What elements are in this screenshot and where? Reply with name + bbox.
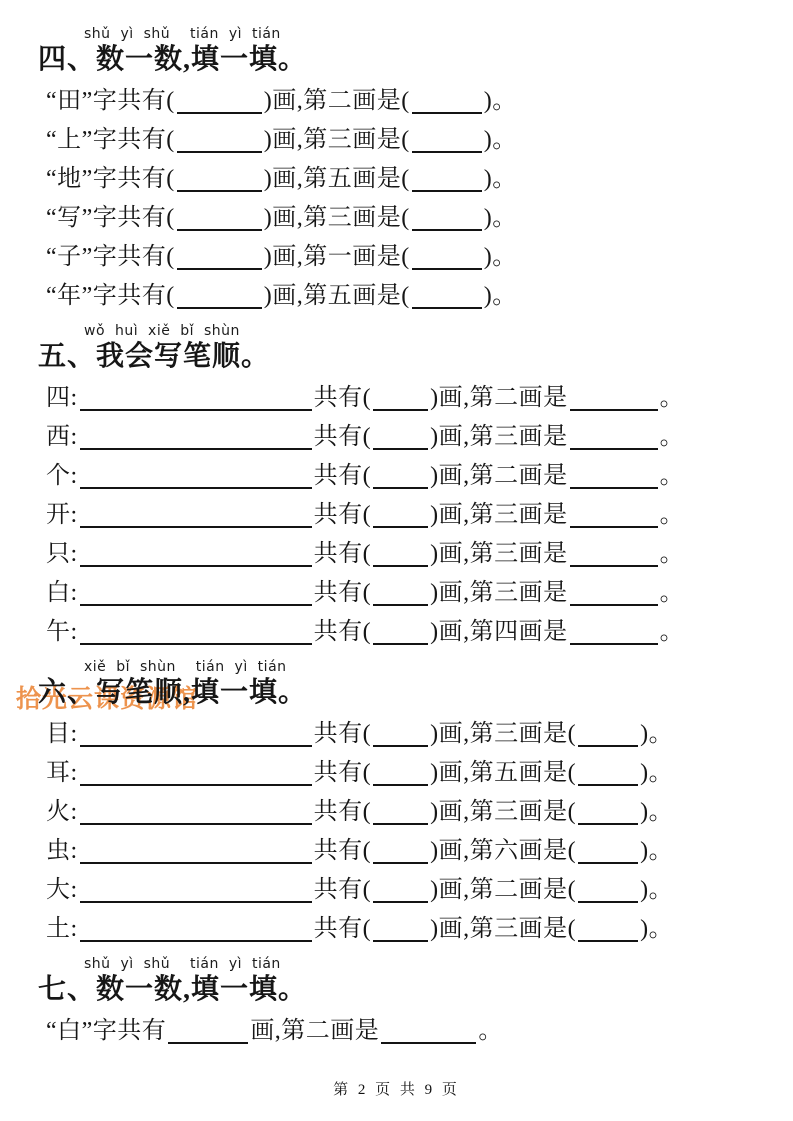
count-fill-row: “上”字共有()画,第三画是()。: [46, 121, 755, 160]
row-text: )画,第三画是(: [430, 799, 576, 825]
stroke-order-row: 个:共有()画,第二画是。: [46, 457, 755, 496]
answer-blank: [578, 760, 638, 786]
row-text: )画,第三画是(: [264, 127, 410, 153]
row-text: 共有(: [314, 838, 372, 864]
row-text: 开:: [46, 502, 78, 528]
answer-blank: [412, 283, 482, 309]
answer-blank: [177, 127, 262, 153]
stroke-order-row: 火:共有()画,第三画是()。: [46, 793, 755, 832]
section-seven: shǔ yì shǔ tián yì tián 七、数一数,填一填。 “白”字共…: [38, 956, 755, 1051]
stroke-order-blank: [80, 760, 312, 786]
stroke-order-blank: [80, 541, 312, 567]
row-text: “地”字共有(: [46, 166, 175, 192]
row-text: )。: [484, 205, 517, 231]
section-four-pinyin: shǔ yì shǔ tián yì tián: [84, 26, 755, 42]
row-text: )画,第五画是(: [264, 166, 410, 192]
stroke-order-blank: [80, 463, 312, 489]
row-text: 共有(: [314, 502, 372, 528]
row-text: “白”字共有: [46, 1018, 166, 1044]
section-four: shǔ yì shǔ tián yì tián 四、数一数,填一填。 “田”字共…: [38, 26, 755, 316]
row-text: )画,第五画是(: [264, 283, 410, 309]
answer-blank: [570, 619, 658, 645]
section-five-title: 五、我会写笔顺。: [38, 340, 755, 374]
row-text: 画,第二画是: [250, 1018, 379, 1044]
answer-blank: [570, 502, 658, 528]
answer-blank: [570, 541, 658, 567]
row-text: 共有(: [314, 877, 372, 903]
answer-blank: [177, 205, 262, 231]
count-fill-row: “年”字共有()画,第五画是()。: [46, 277, 755, 316]
answer-blank: [381, 1018, 476, 1044]
row-text: “上”字共有(: [46, 127, 175, 153]
row-text: 只:: [46, 541, 78, 567]
stroke-order-blank: [80, 916, 312, 942]
count-fill-row: “子”字共有()画,第一画是()。: [46, 238, 755, 277]
stroke-order-blank: [80, 619, 312, 645]
section-six: xiě bǐ shùn tián yì tián 拾光云课资源馆 六、写笔顺,填…: [38, 659, 755, 949]
answer-blank: [578, 916, 638, 942]
answer-blank: [412, 88, 482, 114]
row-text: )画,第四画是: [430, 619, 568, 645]
row-text: 西:: [46, 424, 78, 450]
row-text: 共有(: [314, 580, 372, 606]
row-text: 耳:: [46, 760, 78, 786]
row-text: 。: [660, 580, 685, 606]
answer-blank: [570, 580, 658, 606]
row-text: 土:: [46, 916, 78, 942]
row-text: )。: [484, 127, 517, 153]
answer-blank: [412, 205, 482, 231]
row-text: )画,第二画是: [430, 463, 568, 489]
stroke-order-blank: [80, 580, 312, 606]
answer-blank: [373, 580, 428, 606]
row-text: )画,第五画是(: [430, 760, 576, 786]
row-text: 个:: [46, 463, 78, 489]
stroke-order-blank: [80, 838, 312, 864]
row-text: )画,第三画是: [430, 502, 568, 528]
worksheet-page: shǔ yì shǔ tián yì tián 四、数一数,填一填。 “田”字共…: [0, 0, 793, 1121]
stroke-order-blank: [80, 799, 312, 825]
stroke-order-blank: [80, 721, 312, 747]
row-text: 共有(: [314, 463, 372, 489]
answer-blank: [578, 877, 638, 903]
row-text: 。: [660, 385, 685, 411]
answer-blank: [570, 463, 658, 489]
row-text: )画,第三画是: [430, 580, 568, 606]
row-text: )画,第二画是(: [430, 877, 576, 903]
count-fill-row: “白”字共有画,第二画是。: [46, 1012, 755, 1051]
row-text: )画,第二画是(: [264, 88, 410, 114]
row-text: “田”字共有(: [46, 88, 175, 114]
answer-blank: [412, 244, 482, 270]
row-text: )。: [640, 838, 673, 864]
answer-blank: [373, 502, 428, 528]
row-text: 共有(: [314, 424, 372, 450]
row-text: 共有(: [314, 541, 372, 567]
answer-blank: [373, 541, 428, 567]
row-text: )。: [640, 760, 673, 786]
stroke-order-row: 开:共有()画,第三画是。: [46, 496, 755, 535]
answer-blank: [177, 166, 262, 192]
stroke-order-row: 大:共有()画,第二画是()。: [46, 871, 755, 910]
row-text: )。: [484, 283, 517, 309]
stroke-order-blank: [80, 502, 312, 528]
section-six-rows: 目:共有()画,第三画是()。 耳:共有()画,第五画是()。 火:共有()画,…: [46, 715, 755, 949]
answer-blank: [373, 721, 428, 747]
answer-blank: [570, 424, 658, 450]
stroke-order-row: 白:共有()画,第三画是。: [46, 574, 755, 613]
row-text: )。: [484, 166, 517, 192]
row-text: 共有(: [314, 916, 372, 942]
row-text: 共有(: [314, 799, 372, 825]
stroke-order-row: 四:共有()画,第二画是。: [46, 379, 755, 418]
answer-blank: [570, 385, 658, 411]
stroke-order-row: 目:共有()画,第三画是()。: [46, 715, 755, 754]
row-text: 。: [660, 541, 685, 567]
answer-blank: [373, 760, 428, 786]
count-fill-row: “地”字共有()画,第五画是()。: [46, 160, 755, 199]
stroke-order-row: 耳:共有()画,第五画是()。: [46, 754, 755, 793]
answer-blank: [578, 721, 638, 747]
stroke-order-row: 虫:共有()画,第六画是()。: [46, 832, 755, 871]
answer-blank: [177, 283, 262, 309]
stroke-order-row: 土:共有()画,第三画是()。: [46, 910, 755, 949]
answer-blank: [373, 877, 428, 903]
stroke-order-row: 只:共有()画,第三画是。: [46, 535, 755, 574]
answer-blank: [578, 838, 638, 864]
answer-blank: [373, 799, 428, 825]
row-text: )画,第三画是(: [430, 721, 576, 747]
section-four-title: 四、数一数,填一填。: [38, 43, 755, 77]
answer-blank: [373, 385, 428, 411]
row-text: 共有(: [314, 385, 372, 411]
row-text: )画,第一画是(: [264, 244, 410, 270]
stroke-order-row: 西:共有()画,第三画是。: [46, 418, 755, 457]
stroke-order-blank: [80, 385, 312, 411]
page-number: 第 2 页 共 9 页: [0, 1078, 793, 1099]
row-text: 大:: [46, 877, 78, 903]
answer-blank: [412, 166, 482, 192]
answer-blank: [373, 424, 428, 450]
section-five-pinyin: wǒ huì xiě bǐ shùn: [84, 323, 755, 339]
section-five: wǒ huì xiě bǐ shùn 五、我会写笔顺。 四:共有()画,第二画是…: [38, 323, 755, 652]
answer-blank: [578, 799, 638, 825]
row-text: 目:: [46, 721, 78, 747]
row-text: 午:: [46, 619, 78, 645]
answer-blank: [168, 1018, 248, 1044]
row-text: 。: [660, 424, 685, 450]
row-text: )画,第六画是(: [430, 838, 576, 864]
row-text: “子”字共有(: [46, 244, 175, 270]
row-text: 白:: [46, 580, 78, 606]
section-five-rows: 四:共有()画,第二画是。 西:共有()画,第三画是。 个:共有()画,第二画是…: [46, 379, 755, 652]
row-text: 。: [660, 619, 685, 645]
row-text: )画,第三画是: [430, 541, 568, 567]
row-text: )画,第三画是(: [430, 916, 576, 942]
row-text: 虫:: [46, 838, 78, 864]
row-text: 共有(: [314, 619, 372, 645]
section-seven-pinyin: shǔ yì shǔ tián yì tián: [84, 956, 755, 972]
row-text: )。: [484, 88, 517, 114]
section-six-title-wrap: 拾光云课资源馆 六、写笔顺,填一填。: [38, 676, 755, 710]
row-text: )。: [640, 916, 673, 942]
answer-blank: [412, 127, 482, 153]
section-seven-title: 七、数一数,填一填。: [38, 973, 755, 1007]
answer-blank: [373, 619, 428, 645]
stroke-order-row: 午:共有()画,第四画是。: [46, 613, 755, 652]
row-text: )。: [640, 799, 673, 825]
row-text: 火:: [46, 799, 78, 825]
row-text: “年”字共有(: [46, 283, 175, 309]
row-text: )画,第三画是(: [264, 205, 410, 231]
row-text: )画,第三画是: [430, 424, 568, 450]
row-text: 。: [660, 502, 685, 528]
stroke-order-blank: [80, 877, 312, 903]
row-text: “写”字共有(: [46, 205, 175, 231]
row-text: 共有(: [314, 760, 372, 786]
answer-blank: [373, 463, 428, 489]
answer-blank: [373, 838, 428, 864]
count-fill-row: “写”字共有()画,第三画是()。: [46, 199, 755, 238]
row-text: 。: [660, 463, 685, 489]
section-four-rows: “田”字共有()画,第二画是()。 “上”字共有()画,第三画是()。 “地”字…: [46, 82, 755, 316]
answer-blank: [373, 916, 428, 942]
section-six-pinyin: xiě bǐ shùn tián yì tián: [84, 659, 755, 675]
answer-blank: [177, 244, 262, 270]
count-fill-row: “田”字共有()画,第二画是()。: [46, 82, 755, 121]
answer-blank: [177, 88, 262, 114]
row-text: )。: [640, 721, 673, 747]
row-text: )画,第二画是: [430, 385, 568, 411]
row-text: )。: [640, 877, 673, 903]
stroke-order-blank: [80, 424, 312, 450]
section-seven-rows: “白”字共有画,第二画是。: [46, 1012, 755, 1051]
row-text: )。: [484, 244, 517, 270]
row-text: 。: [478, 1018, 503, 1044]
section-six-title: 六、写笔顺,填一填。: [38, 676, 755, 710]
row-text: 四:: [46, 385, 78, 411]
row-text: 共有(: [314, 721, 372, 747]
